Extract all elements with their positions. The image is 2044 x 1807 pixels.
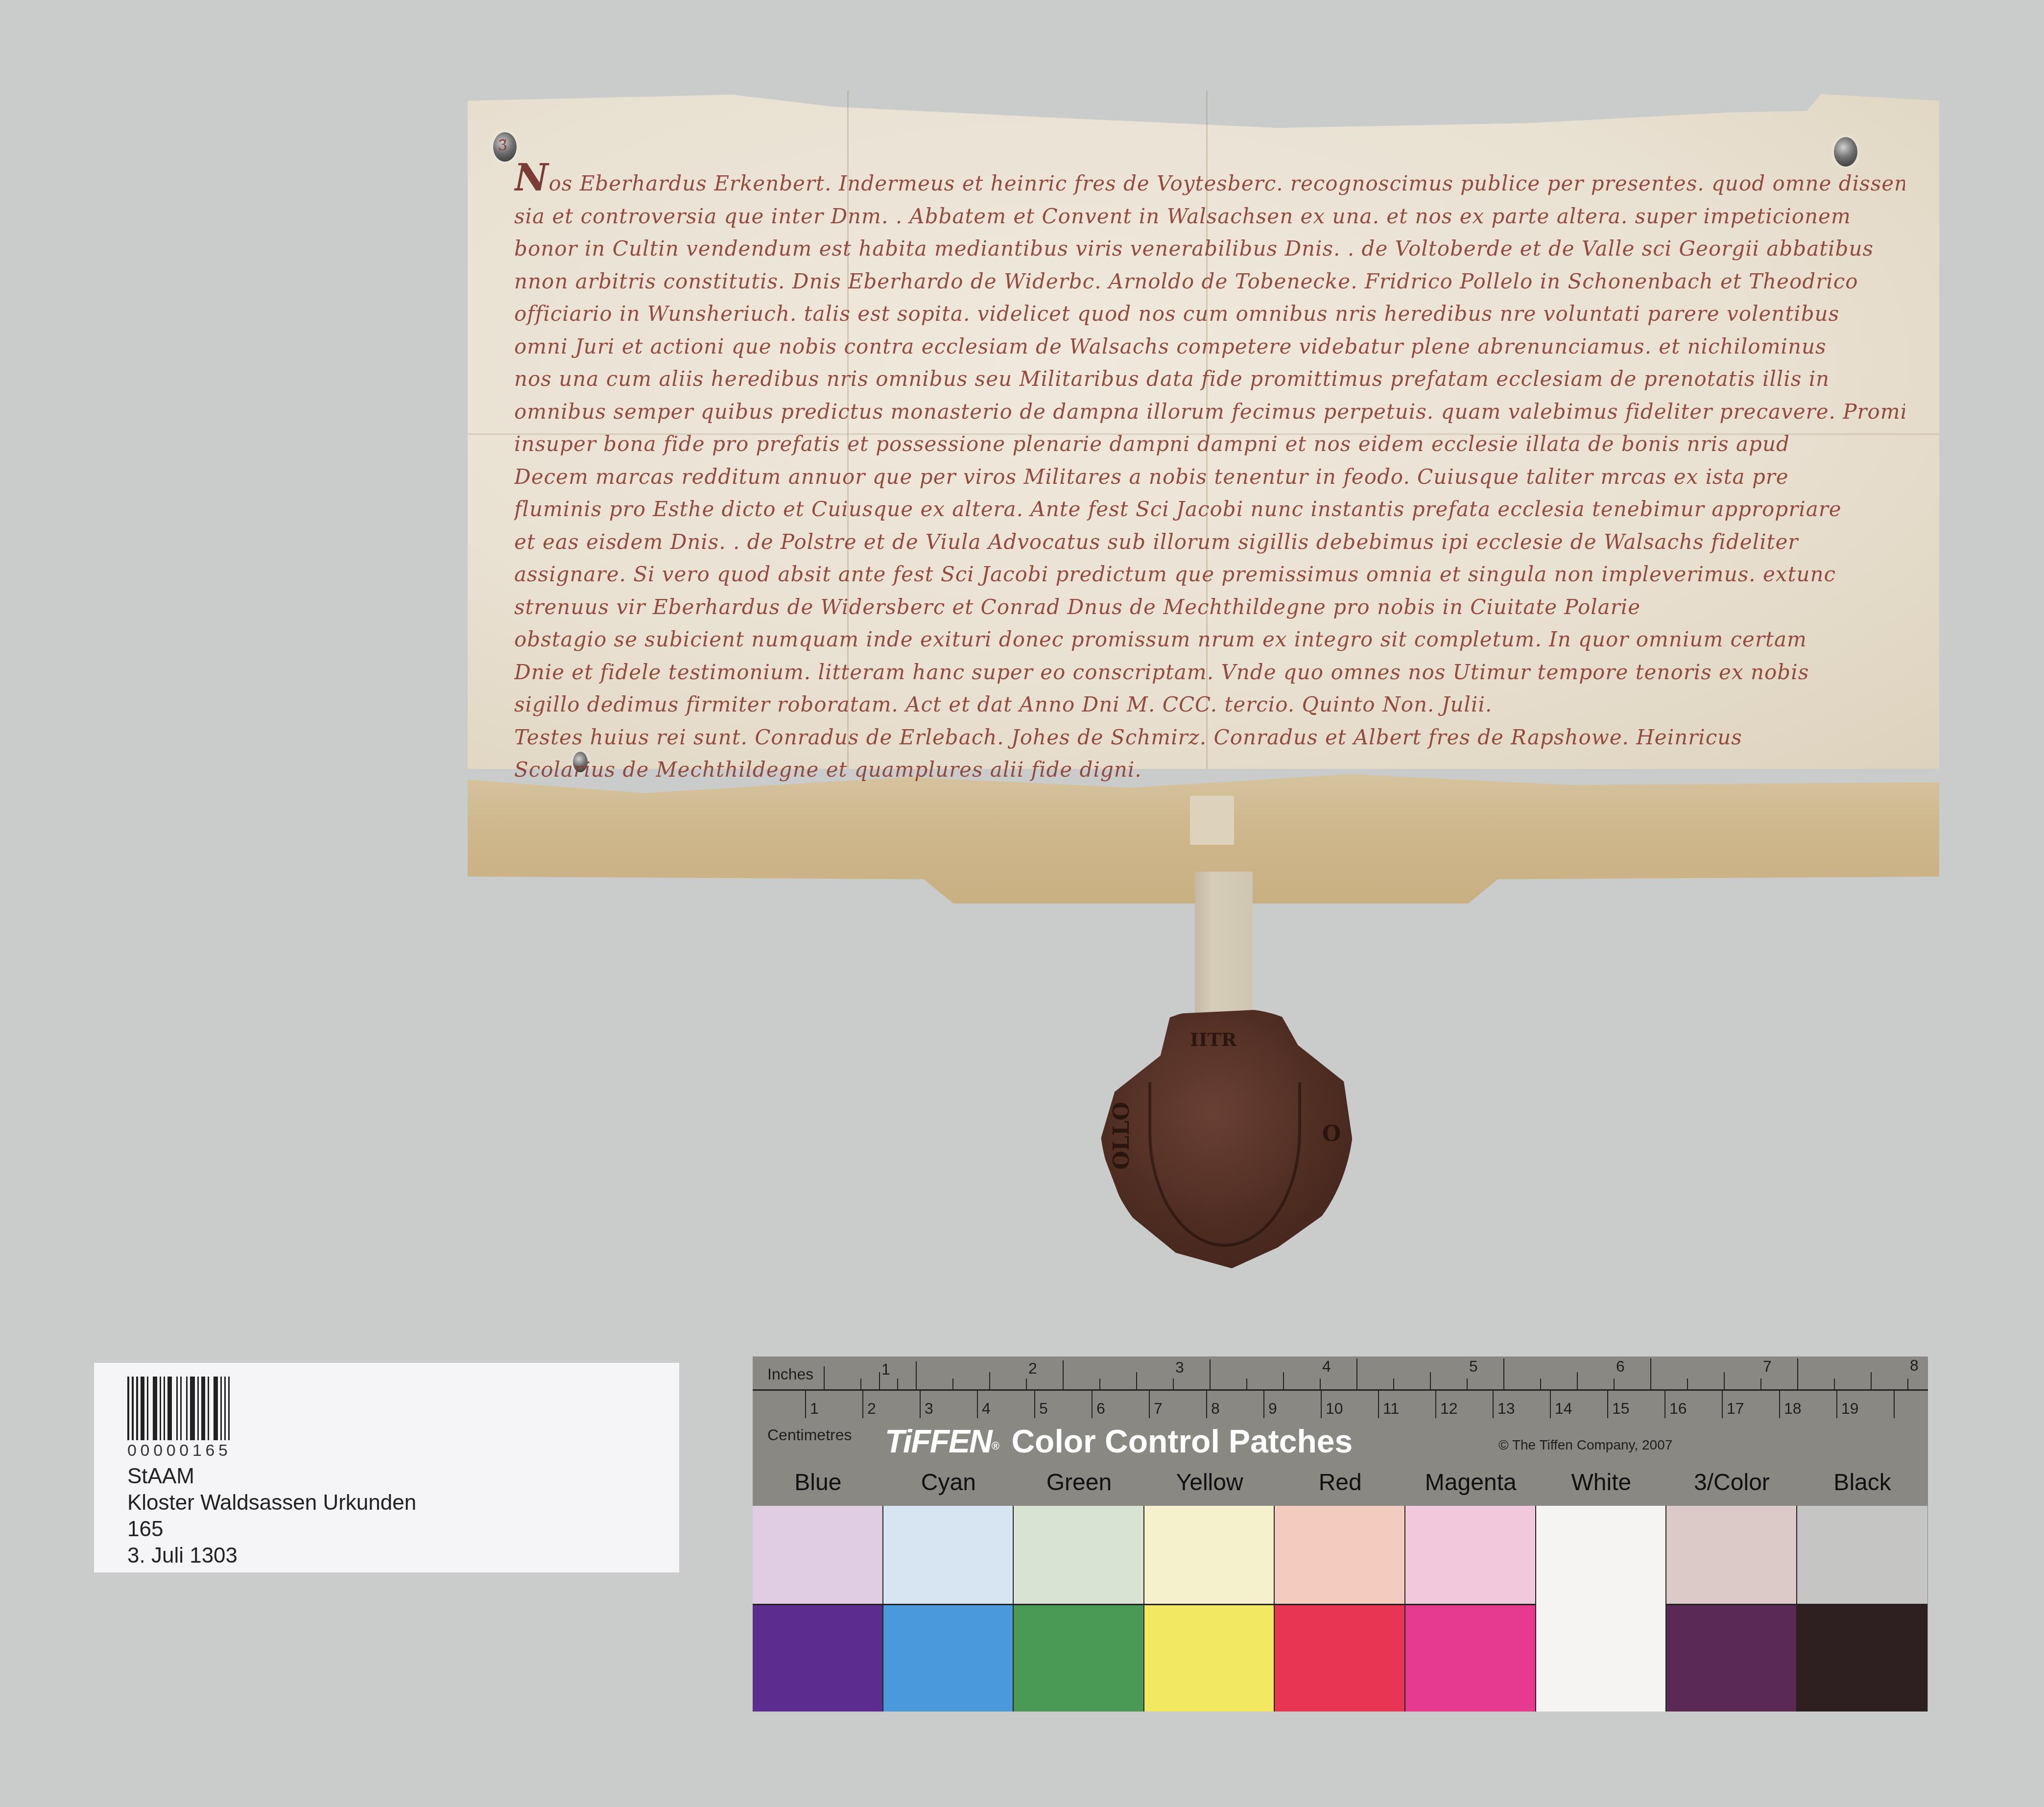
patch-label-white: White — [1536, 1469, 1667, 1496]
text-line: Scolarius de Mechthildegne et quamplures… — [514, 754, 1905, 786]
patch-3color — [1666, 1506, 1797, 1712]
text-line: sigillo dedimus firmiter roboratam. Act … — [514, 689, 1905, 721]
ruler-line — [753, 1389, 1928, 1391]
tiffen-logo: TiFFEN® Color Control Patches — [885, 1423, 1353, 1460]
cm-number: 16 — [1669, 1400, 1687, 1418]
text-line: assignare. Si vero quod absit ante fest … — [514, 558, 1905, 591]
charter-document: 3̃ Nos Eberhardus Erkenbert. Indermeus e… — [468, 91, 1939, 899]
text-line: insuper bona fide pro prefatis et posses… — [514, 428, 1905, 461]
cm-number: 13 — [1497, 1400, 1515, 1418]
patch-magenta — [1405, 1506, 1536, 1712]
patch-labels: Blue Cyan Green Yellow Red Magenta White… — [753, 1469, 1928, 1496]
text-line: omnibus semper quibus predictus monaster… — [514, 396, 1905, 428]
inch-number: 6 — [1616, 1357, 1625, 1376]
inch-number: 1 — [881, 1360, 890, 1379]
cm-number: 18 — [1784, 1400, 1802, 1418]
cm-number: 3 — [925, 1400, 933, 1418]
barcode-number: 00 00 01 65 — [127, 1441, 228, 1460]
patch-label-red: Red — [1275, 1469, 1405, 1496]
heraldic-shield-icon — [1148, 1082, 1301, 1247]
patch-white — [1536, 1506, 1667, 1712]
patch-label-green: Green — [1014, 1469, 1144, 1496]
cm-number: 1 — [810, 1400, 819, 1418]
patch-label-magenta: Magenta — [1405, 1469, 1536, 1496]
cm-number: 8 — [1211, 1400, 1220, 1418]
seal-legend-left: OLLO — [1109, 1102, 1134, 1170]
patch-yellow — [1144, 1506, 1275, 1712]
cm-number: 11 — [1383, 1400, 1399, 1418]
document-date: 3. Juli 1303 — [127, 1543, 416, 1569]
text-line: Dnie et fidele testimonium. litteram han… — [514, 656, 1905, 689]
marginal-note: 3̃ — [498, 137, 507, 154]
card-title: Color Control Patches — [1011, 1423, 1353, 1459]
barcode — [127, 1377, 232, 1440]
seal-legend-right: O — [1322, 1121, 1341, 1146]
cm-number: 14 — [1555, 1400, 1572, 1418]
patch-label-blue: Blue — [753, 1469, 883, 1496]
patch-label-cyan: Cyan — [883, 1469, 1014, 1496]
text-line: nnon arbitris constitutis. Dnis Eberhard… — [514, 265, 1905, 298]
text-line: omni Juri et actioni que nobis contra ec… — [514, 331, 1905, 363]
text-line: nos una cum aliis heredibus nris omnibus… — [514, 363, 1905, 396]
cm-number: 6 — [1096, 1400, 1105, 1418]
cm-number: 12 — [1440, 1400, 1458, 1418]
text-line: bonor in Cultin vendendum est habita med… — [514, 233, 1905, 265]
decorated-initial: N — [514, 162, 548, 199]
text-line: strenuus vir Eberhardus de Widersberc et… — [514, 591, 1905, 624]
inch-number: 4 — [1322, 1357, 1331, 1376]
wax-seal: OLLO O IITR — [1099, 1009, 1354, 1268]
text-line: Testes huius rei sunt. Conradus de Erleb… — [514, 721, 1905, 754]
archive-name: StAAM — [127, 1463, 416, 1490]
cm-number: 17 — [1727, 1400, 1744, 1418]
cm-number: 10 — [1326, 1400, 1343, 1418]
cm-number: 19 — [1841, 1400, 1859, 1418]
patch-cyan — [883, 1506, 1014, 1712]
charter-text: Nos Eberhardus Erkenbert. Indermeus et h… — [514, 162, 1905, 786]
collection-name: Kloster Waldsassen Urkunden — [127, 1490, 416, 1516]
patch-red — [1275, 1506, 1405, 1712]
text-line: sia et controversia que inter Dnm. . Abb… — [514, 200, 1905, 233]
patch-green — [1014, 1506, 1144, 1712]
patch-label-black: Black — [1797, 1469, 1928, 1496]
text-line: Decem marcas redditum annuor que per vir… — [514, 461, 1905, 494]
cm-number: 4 — [982, 1400, 991, 1418]
color-patches — [753, 1506, 1928, 1712]
patch-black — [1797, 1506, 1928, 1712]
patch-label-3color: 3/Color — [1666, 1469, 1797, 1496]
cm-number: 9 — [1268, 1400, 1277, 1418]
inch-number: 7 — [1763, 1357, 1772, 1376]
inch-number: 5 — [1469, 1357, 1478, 1376]
cm-number: 5 — [1039, 1400, 1048, 1418]
text-line: Nos Eberhardus Erkenbert. Indermeus et h… — [514, 162, 1905, 200]
seal-legend-top: IITR — [1190, 1028, 1236, 1050]
inch-number: 8 — [1910, 1356, 1919, 1375]
text-line: officiario in Wunsheriuch. talis est sop… — [514, 298, 1905, 331]
seal-slot — [1190, 796, 1234, 845]
label-text: StAAM Kloster Waldsassen Urkunden 165 3.… — [127, 1463, 416, 1569]
document-number: 165 — [127, 1516, 416, 1543]
inches-label: Inches — [767, 1365, 813, 1383]
color-control-card: Inches 1 2 3 4 5 6 7 8 — [753, 1356, 1928, 1712]
centimetres-label: Centimetres — [767, 1426, 852, 1444]
text-line: fluminis pro Esthe dicto et Cuiusque ex … — [514, 493, 1905, 526]
cm-number: 7 — [1154, 1400, 1163, 1418]
inch-number: 3 — [1175, 1358, 1184, 1377]
text-line: obstagio se subicient numquam inde exitu… — [514, 623, 1905, 656]
inch-number: 2 — [1028, 1359, 1037, 1378]
patch-blue — [753, 1506, 883, 1712]
copyright-notice: © The Tiffen Company, 2007 — [1498, 1437, 1672, 1453]
seal-tag-strip — [1195, 872, 1253, 1028]
cm-number: 15 — [1612, 1400, 1630, 1418]
cm-number: 2 — [867, 1400, 876, 1418]
archive-label: 00 00 01 65 StAAM Kloster Waldsassen Urk… — [94, 1363, 679, 1572]
text-line: et eas eisdem Dnis. . de Polstre et de V… — [514, 526, 1905, 559]
patch-label-yellow: Yellow — [1144, 1469, 1275, 1496]
